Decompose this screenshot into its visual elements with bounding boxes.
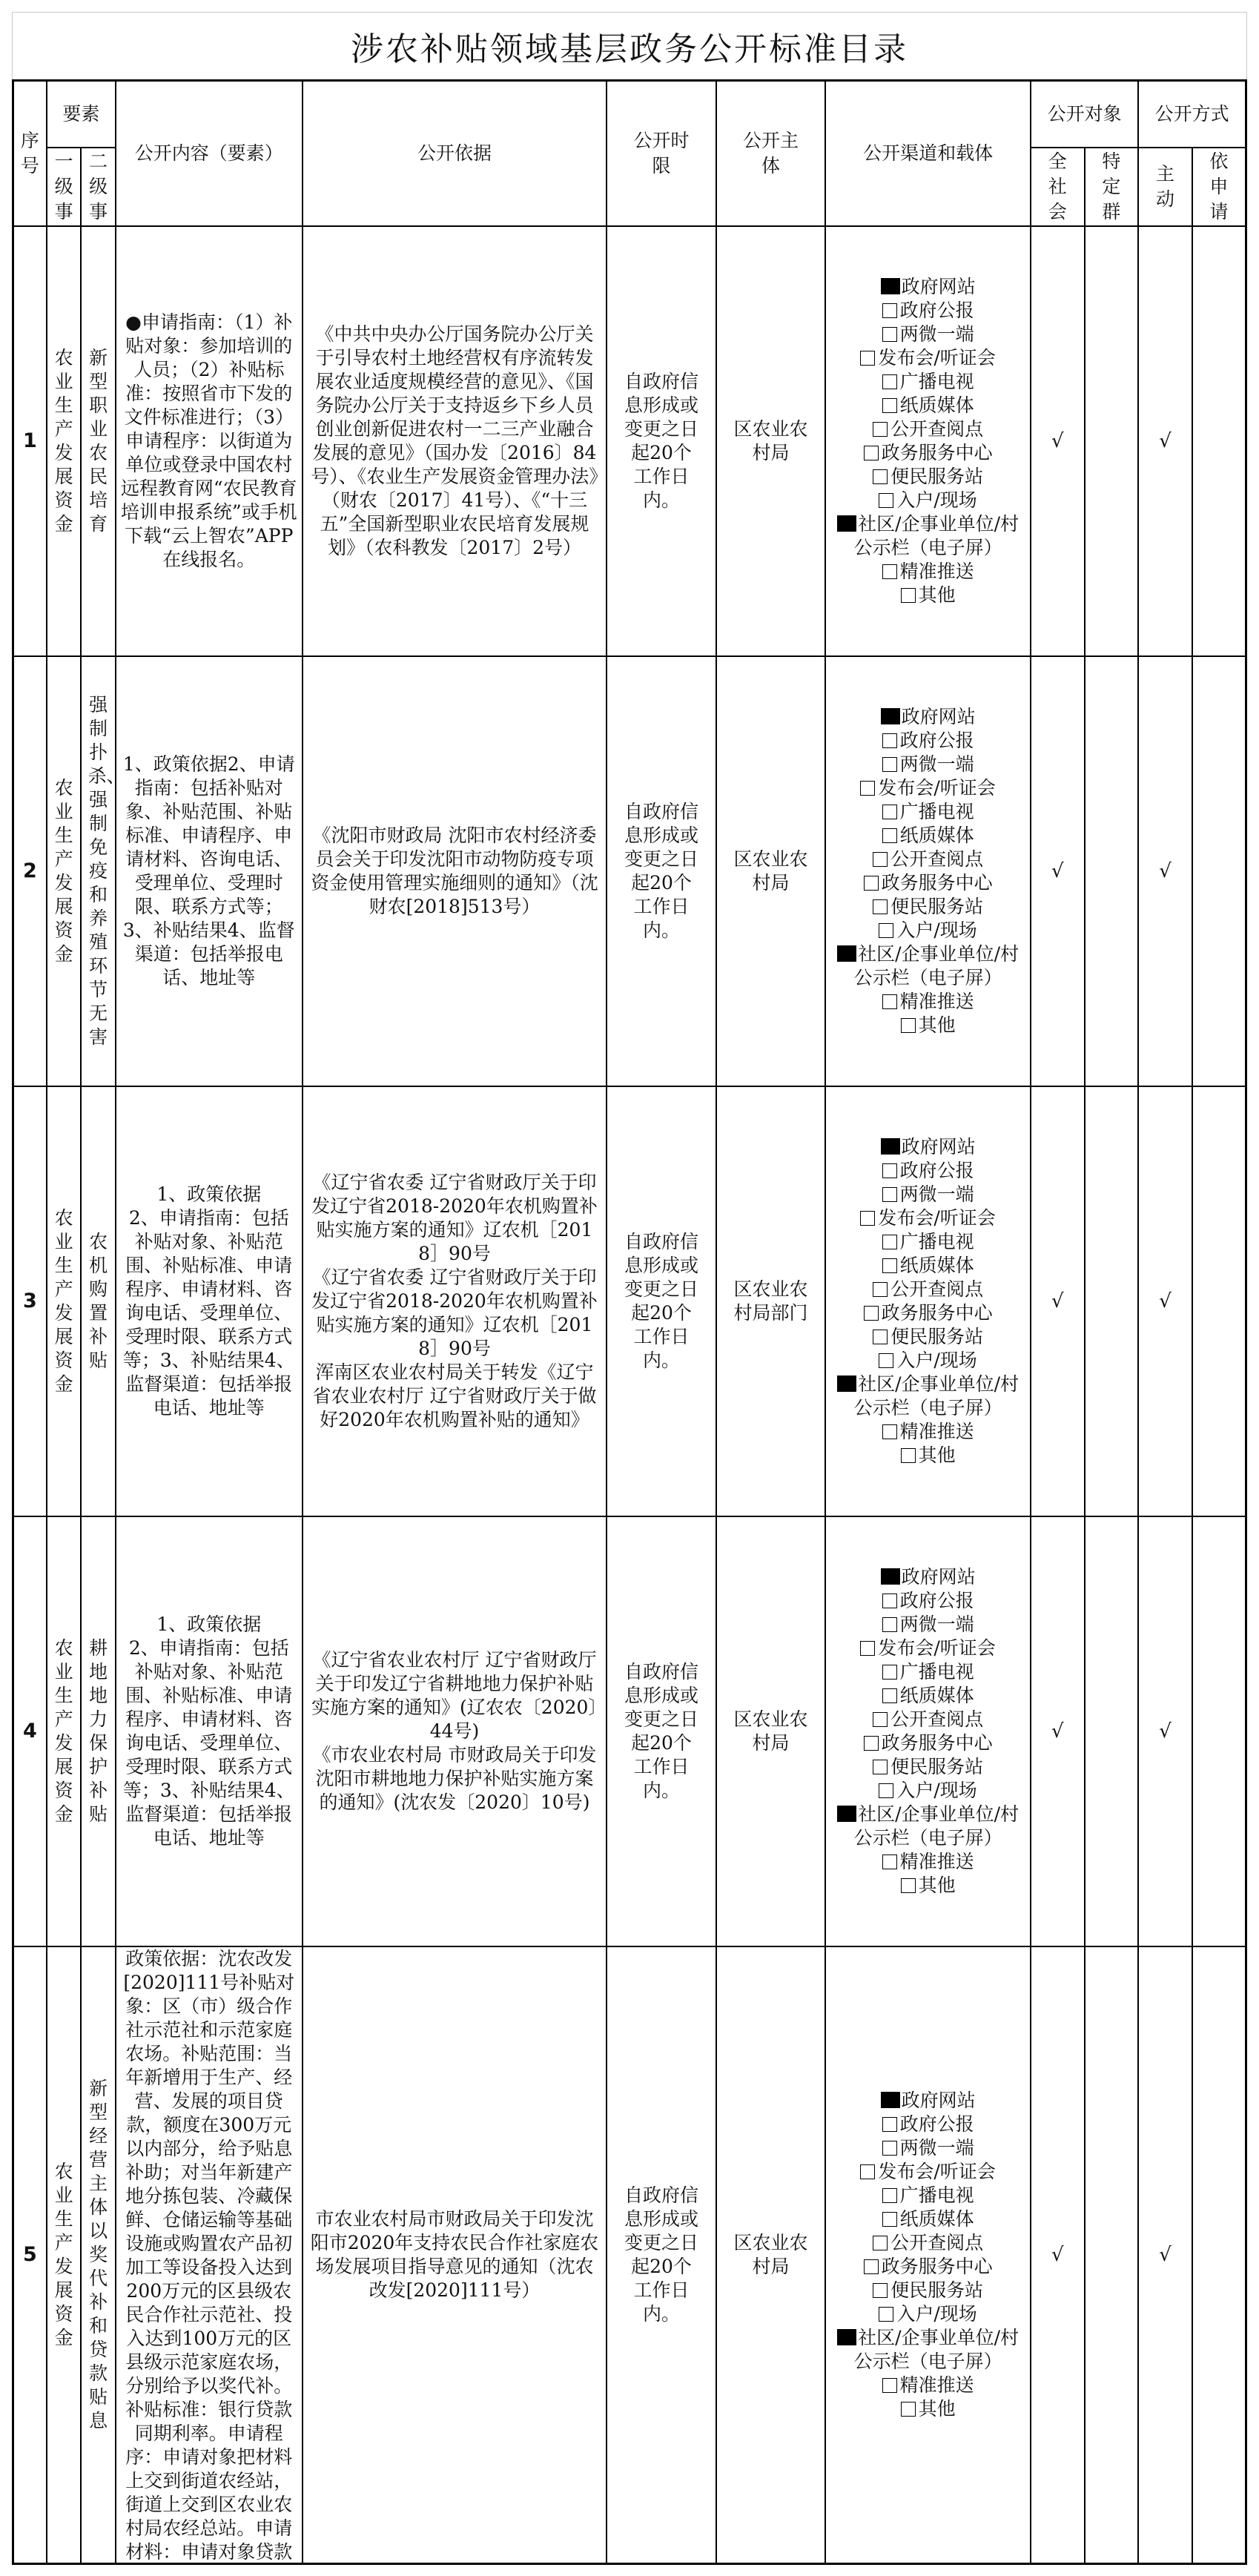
row-target-all: √ bbox=[1031, 1516, 1085, 1946]
row-seq: 1 bbox=[13, 226, 47, 656]
row-method-active: √ bbox=[1138, 226, 1192, 656]
row-channels: 政府网站政府公报两微一端发布会/听证会广播电视纸质媒体公开查阅点政务服务中心便民… bbox=[825, 656, 1031, 1086]
channel-item: 其他 bbox=[832, 2397, 1024, 2421]
channel-item: 纸质媒体 bbox=[832, 824, 1024, 848]
channel-item: 发布会/听证会 bbox=[832, 1637, 1024, 1660]
channel-label: 其他 bbox=[919, 2398, 956, 2420]
channel-item: 政府网站 bbox=[832, 1135, 1024, 1159]
channel-label: 社区/企事业单位/村公示栏（电子屏） bbox=[854, 1373, 1019, 1419]
channel-item: 社区/企事业单位/村公示栏（电子屏） bbox=[832, 512, 1024, 560]
row-subject: 区农业农村局 bbox=[716, 1516, 825, 1946]
unchecked-box-icon bbox=[860, 2164, 875, 2179]
channel-label: 政务服务中心 bbox=[882, 1302, 993, 1324]
channel-item: 发布会/听证会 bbox=[832, 776, 1024, 800]
unchecked-box-icon bbox=[860, 1641, 875, 1656]
header-content: 公开内容（要素） bbox=[116, 81, 303, 227]
unchecked-box-icon bbox=[882, 2212, 897, 2227]
channel-label: 纸质媒体 bbox=[900, 825, 974, 846]
checked-box-icon bbox=[837, 1806, 856, 1822]
row-seq: 3 bbox=[13, 1086, 47, 1516]
checked-box-icon bbox=[837, 1375, 856, 1392]
row-target-all: √ bbox=[1031, 656, 1085, 1086]
channel-label: 两微一端 bbox=[900, 2137, 974, 2159]
row-target-specific bbox=[1085, 1086, 1139, 1516]
channel-item: 入户/现场 bbox=[832, 1349, 1024, 1373]
channel-item: 精准推送 bbox=[832, 1850, 1024, 1874]
unchecked-box-icon bbox=[864, 2259, 879, 2274]
channel-label: 广播电视 bbox=[900, 2184, 974, 2206]
row-target-specific bbox=[1085, 1516, 1139, 1946]
channel-label: 精准推送 bbox=[900, 991, 974, 1012]
row-method-active: √ bbox=[1138, 656, 1192, 1086]
channel-label: 政府网站 bbox=[902, 1566, 976, 1588]
unchecked-box-icon bbox=[873, 2236, 888, 2250]
channel-item: 公开查阅点 bbox=[832, 417, 1024, 441]
row-subject: 区农业农村局 bbox=[716, 656, 825, 1086]
unchecked-box-icon bbox=[873, 422, 888, 437]
channel-item: 广播电视 bbox=[832, 370, 1024, 394]
row-channels: 政府网站政府公报两微一端发布会/听证会广播电视纸质媒体公开查阅点政务服务中心便民… bbox=[825, 226, 1031, 656]
row-subject: 区农业农村局 bbox=[716, 1946, 825, 2564]
row-content: 政策依据：沈农改发[2020]111号补贴对象：区（市）级合作社示范社和示范家庭… bbox=[116, 1946, 303, 2564]
channel-label: 广播电视 bbox=[900, 371, 974, 392]
document-sheet: 涉农补贴领域基层政务公开标准目录 序号 要素 公开内容（要素） 公开依据 公开时… bbox=[12, 12, 1247, 2565]
header-method-request: 依申请 bbox=[1192, 148, 1246, 226]
row-content: 1、政策依据 2、申请指南：包括补贴对象、补贴范围、补贴标准、申请程序、申请材料… bbox=[116, 1086, 303, 1516]
channel-label: 便民服务站 bbox=[890, 466, 983, 487]
unchecked-box-icon bbox=[873, 1760, 888, 1774]
unchecked-box-icon bbox=[882, 1235, 897, 1249]
channel-label: 政务服务中心 bbox=[882, 872, 993, 894]
unchecked-box-icon bbox=[873, 1330, 888, 1344]
unchecked-box-icon bbox=[882, 828, 897, 843]
channel-item: 两微一端 bbox=[832, 753, 1024, 776]
channel-item: 广播电视 bbox=[832, 1230, 1024, 1254]
unchecked-box-icon bbox=[882, 398, 897, 413]
checked-box-icon bbox=[881, 1138, 900, 1155]
unchecked-box-icon bbox=[879, 2307, 893, 2322]
unchecked-box-icon bbox=[882, 327, 897, 342]
unchecked-box-icon bbox=[882, 1594, 897, 1608]
channel-label: 精准推送 bbox=[900, 2374, 974, 2396]
row-target-specific bbox=[1085, 1946, 1139, 2564]
channel-list: 政府网站政府公报两微一端发布会/听证会广播电视纸质媒体公开查阅点政务服务中心便民… bbox=[826, 2089, 1030, 2421]
unchecked-box-icon bbox=[882, 805, 897, 819]
checked-box-icon bbox=[881, 708, 900, 724]
channel-item: 公开查阅点 bbox=[832, 1278, 1024, 1301]
header-target-specific: 特定群 bbox=[1085, 148, 1139, 226]
channel-label: 纸质媒体 bbox=[900, 1685, 974, 1706]
row-content: ●申请指南：（1）补贴对象：参加培训的人员；（2）补贴标准：按照省市下发的文件标… bbox=[116, 226, 303, 656]
channel-label: 政务服务中心 bbox=[882, 2256, 993, 2277]
channel-item: 其他 bbox=[832, 584, 1024, 607]
unchecked-box-icon bbox=[882, 2378, 897, 2393]
unchecked-box-icon bbox=[882, 564, 897, 579]
row-level2: 新型经营主体以奖代补和贷款贴息 bbox=[81, 1946, 116, 2564]
checked-box-icon bbox=[881, 278, 900, 294]
channel-item: 精准推送 bbox=[832, 560, 1024, 584]
row-channels: 政府网站政府公报两微一端发布会/听证会广播电视纸质媒体公开查阅点政务服务中心便民… bbox=[825, 1946, 1031, 2564]
channel-label: 政府公报 bbox=[900, 2113, 974, 2135]
row-target-specific bbox=[1085, 226, 1139, 656]
channel-item: 广播电视 bbox=[832, 1660, 1024, 1684]
channel-item: 两微一端 bbox=[832, 1183, 1024, 1206]
channel-list: 政府网站政府公报两微一端发布会/听证会广播电视纸质媒体公开查阅点政务服务中心便民… bbox=[826, 1565, 1030, 1898]
unchecked-box-icon bbox=[873, 852, 888, 867]
channel-item: 两微一端 bbox=[832, 323, 1024, 346]
channel-item: 社区/企事业单位/村公示栏（电子屏） bbox=[832, 2326, 1024, 2374]
row-time-limit: 自政府信息形成或变更之日起20个工作日内。 bbox=[607, 656, 716, 1086]
channel-label: 其他 bbox=[919, 1875, 956, 1896]
channel-item: 公开查阅点 bbox=[832, 1708, 1024, 1731]
unchecked-box-icon bbox=[882, 2141, 897, 2156]
channel-item: 政务服务中心 bbox=[832, 2255, 1024, 2279]
channel-label: 便民服务站 bbox=[890, 2279, 983, 2301]
channel-label: 公开查阅点 bbox=[890, 1708, 983, 1730]
channel-label: 两微一端 bbox=[900, 753, 974, 775]
unchecked-box-icon bbox=[873, 899, 888, 914]
row-method-active: √ bbox=[1138, 1946, 1192, 2564]
unchecked-box-icon bbox=[901, 1448, 916, 1463]
channel-item: 政务服务中心 bbox=[832, 1301, 1024, 1325]
unchecked-box-icon bbox=[873, 2283, 888, 2298]
row-level2: 强制扑杀、强制免疫和养殖环节无害 bbox=[81, 656, 116, 1086]
unchecked-box-icon bbox=[882, 1855, 897, 1869]
unchecked-box-icon bbox=[882, 2117, 897, 2132]
channel-item: 政府公报 bbox=[832, 729, 1024, 753]
channel-item: 两微一端 bbox=[832, 1613, 1024, 1637]
row-seq: 5 bbox=[13, 1946, 47, 2564]
unchecked-box-icon bbox=[873, 469, 888, 484]
row-seq: 4 bbox=[13, 1516, 47, 1946]
unchecked-box-icon bbox=[882, 1163, 897, 1178]
row-target-all: √ bbox=[1031, 1086, 1085, 1516]
row-method-active: √ bbox=[1138, 1086, 1192, 1516]
channel-list: 政府网站政府公报两微一端发布会/听证会广播电视纸质媒体公开查阅点政务服务中心便民… bbox=[826, 275, 1030, 607]
unchecked-box-icon bbox=[860, 1211, 875, 1226]
channel-label: 公开查阅点 bbox=[890, 2232, 983, 2253]
table-row: 1 农业生产发展资金 新型职业农民培育 ●申请指南：（1）补贴对象：参加培训的人… bbox=[13, 226, 1246, 656]
unchecked-box-icon bbox=[879, 923, 893, 938]
unchecked-box-icon bbox=[882, 757, 897, 772]
checked-box-icon bbox=[837, 515, 856, 532]
channel-item: 政府网站 bbox=[832, 1565, 1024, 1589]
channel-item: 便民服务站 bbox=[832, 465, 1024, 489]
unchecked-box-icon bbox=[864, 446, 879, 460]
unchecked-box-icon bbox=[882, 1688, 897, 1703]
channel-item: 公开查阅点 bbox=[832, 2231, 1024, 2255]
header-basis: 公开依据 bbox=[303, 81, 607, 227]
header-method: 公开方式 bbox=[1138, 81, 1246, 148]
channel-label: 政府公报 bbox=[900, 1160, 974, 1181]
unchecked-box-icon bbox=[882, 1665, 897, 1680]
row-level1: 农业生产发展资金 bbox=[47, 1516, 82, 1946]
channel-label: 发布会/听证会 bbox=[878, 1637, 995, 1659]
row-channels: 政府网站政府公报两微一端发布会/听证会广播电视纸质媒体公开查阅点政务服务中心便民… bbox=[825, 1086, 1031, 1516]
channel-item: 政务服务中心 bbox=[832, 871, 1024, 895]
row-level1: 农业生产发展资金 bbox=[47, 656, 82, 1086]
header-target-all: 全社会 bbox=[1031, 148, 1085, 226]
channel-label: 政府公报 bbox=[900, 300, 974, 321]
channel-label: 入户/现场 bbox=[896, 1350, 977, 1371]
unchecked-box-icon bbox=[860, 351, 875, 366]
channel-item: 入户/现场 bbox=[832, 489, 1024, 512]
checked-box-icon bbox=[881, 2092, 900, 2108]
channel-label: 其他 bbox=[919, 1014, 956, 1036]
row-content: 1、政策依据 2、申请指南：包括补贴对象、补贴范围、补贴标准、申请程序、申请材料… bbox=[116, 1516, 303, 1946]
channel-label: 入户/现场 bbox=[896, 489, 977, 511]
channel-item: 精准推送 bbox=[832, 2374, 1024, 2397]
checked-box-icon bbox=[837, 2329, 856, 2345]
catalog-table: 序号 要素 公开内容（要素） 公开依据 公开时限 公开主体 公开渠道和载体 公开… bbox=[12, 79, 1247, 2565]
row-time-limit: 自政府信息形成或变更之日起20个工作日内。 bbox=[607, 226, 716, 656]
channel-item: 广播电视 bbox=[832, 2184, 1024, 2207]
channel-label: 政务服务中心 bbox=[882, 442, 993, 463]
unchecked-box-icon bbox=[879, 1353, 893, 1368]
channel-label: 公开查阅点 bbox=[890, 848, 983, 870]
channel-label: 政府公报 bbox=[900, 1590, 974, 1611]
row-seq: 2 bbox=[13, 656, 47, 1086]
channel-label: 两微一端 bbox=[900, 323, 974, 345]
channel-label: 广播电视 bbox=[900, 1231, 974, 1252]
row-level2: 农机购置补贴 bbox=[81, 1086, 116, 1516]
title-bar: 涉农补贴领域基层政务公开标准目录 bbox=[12, 12, 1247, 79]
channel-item: 入户/现场 bbox=[832, 1779, 1024, 1803]
channel-label: 纸质媒体 bbox=[900, 394, 974, 416]
unchecked-box-icon bbox=[882, 374, 897, 389]
channel-item: 社区/企事业单位/村公示栏（电子屏） bbox=[832, 1373, 1024, 1420]
header-level2: 二级事 bbox=[81, 148, 116, 226]
checked-box-icon bbox=[837, 945, 856, 962]
unchecked-box-icon bbox=[864, 1306, 879, 1321]
row-time-limit: 自政府信息形成或变更之日起20个工作日内。 bbox=[607, 1086, 716, 1516]
row-target-all: √ bbox=[1031, 226, 1085, 656]
row-subject: 区农业农村局 bbox=[716, 226, 825, 656]
channel-item: 精准推送 bbox=[832, 990, 1024, 1014]
row-target-all: √ bbox=[1031, 1946, 1085, 2564]
channel-label: 便民服务站 bbox=[890, 1326, 983, 1347]
channel-label: 两微一端 bbox=[900, 1614, 974, 1635]
channel-item: 政务服务中心 bbox=[832, 1731, 1024, 1755]
channel-item: 社区/企事业单位/村公示栏（电子屏） bbox=[832, 942, 1024, 990]
channel-label: 纸质媒体 bbox=[900, 1255, 974, 1276]
channel-item: 政府网站 bbox=[832, 705, 1024, 729]
channel-item: 政府公报 bbox=[832, 1159, 1024, 1183]
channel-label: 精准推送 bbox=[900, 1851, 974, 1872]
unchecked-box-icon bbox=[864, 1736, 879, 1751]
channel-label: 发布会/听证会 bbox=[878, 1207, 995, 1229]
header-target: 公开对象 bbox=[1031, 81, 1138, 148]
channel-item: 政府公报 bbox=[832, 299, 1024, 323]
row-level2: 耕地地力保护补贴 bbox=[81, 1516, 116, 1946]
header-method-active: 主动 bbox=[1138, 148, 1192, 226]
channel-item: 公开查阅点 bbox=[832, 848, 1024, 871]
channel-label: 社区/企事业单位/村公示栏（电子屏） bbox=[854, 513, 1019, 558]
channel-item: 纸质媒体 bbox=[832, 2207, 1024, 2231]
unchecked-box-icon bbox=[873, 1712, 888, 1727]
channel-item: 政府网站 bbox=[832, 275, 1024, 299]
header-time-limit: 公开时限 bbox=[607, 81, 716, 227]
row-basis: 《辽宁省农委 辽宁省财政厅关于印发辽宁省2018-2020年农机购置补贴实施方案… bbox=[303, 1086, 607, 1516]
channel-item: 便民服务站 bbox=[832, 1755, 1024, 1779]
channel-label: 社区/企事业单位/村公示栏（电子屏） bbox=[854, 1803, 1019, 1849]
channel-label: 政府网站 bbox=[902, 706, 976, 727]
row-method-request bbox=[1192, 656, 1246, 1086]
checked-box-icon bbox=[881, 1568, 900, 1585]
channel-label: 其他 bbox=[919, 1444, 956, 1466]
table-row: 4 农业生产发展资金 耕地地力保护补贴 1、政策依据 2、申请指南：包括补贴对象… bbox=[13, 1516, 1246, 1946]
channel-label: 政府网站 bbox=[902, 276, 976, 297]
channel-label: 纸质媒体 bbox=[900, 2208, 974, 2230]
channel-item: 政府网站 bbox=[832, 2089, 1024, 2113]
row-level1: 农业生产发展资金 bbox=[47, 1086, 82, 1516]
channel-item: 政府公报 bbox=[832, 2113, 1024, 2136]
unchecked-box-icon bbox=[901, 1878, 916, 1893]
channel-item: 政务服务中心 bbox=[832, 441, 1024, 465]
row-content: 1、政策依据2、申请指南：包括补贴对象、补贴范围、补贴标准、申请程序、申请材料、… bbox=[116, 656, 303, 1086]
channel-item: 精准推送 bbox=[832, 1420, 1024, 1444]
unchecked-box-icon bbox=[901, 2402, 916, 2417]
channel-label: 社区/企事业单位/村公示栏（电子屏） bbox=[854, 943, 1019, 988]
channel-label: 其他 bbox=[919, 584, 956, 606]
header-subject: 公开主体 bbox=[716, 81, 825, 227]
row-method-request bbox=[1192, 1516, 1246, 1946]
row-method-request bbox=[1192, 1086, 1246, 1516]
channel-item: 便民服务站 bbox=[832, 895, 1024, 919]
row-basis: 《辽宁省农业农村厅 辽宁省财政厅关于印发辽宁省耕地地力保护补贴实施方案的通知》(… bbox=[303, 1516, 607, 1946]
channel-item: 广播电视 bbox=[832, 800, 1024, 824]
header-seq: 序号 bbox=[13, 81, 47, 227]
row-basis: 《中共中央办公厅国务院办公厅关于引导农村土地经营权有序流转发展农业适度规模经营的… bbox=[303, 226, 607, 656]
channel-item: 其他 bbox=[832, 1444, 1024, 1467]
row-method-request bbox=[1192, 1946, 1246, 2564]
row-level1: 农业生产发展资金 bbox=[47, 1946, 82, 2564]
header-channel: 公开渠道和载体 bbox=[825, 81, 1031, 227]
table-row: 2 农业生产发展资金 强制扑杀、强制免疫和养殖环节无害 1、政策依据2、申请指南… bbox=[13, 656, 1246, 1086]
channel-label: 广播电视 bbox=[900, 1661, 974, 1682]
channel-item: 发布会/听证会 bbox=[832, 346, 1024, 370]
row-basis: 《沈阳市财政局 沈阳市农村经济委员会关于印发沈阳市动物防疫专项资金使用管理实施细… bbox=[303, 656, 607, 1086]
channel-item: 便民服务站 bbox=[832, 1325, 1024, 1349]
channel-label: 精准推送 bbox=[900, 1421, 974, 1442]
row-level1: 农业生产发展资金 bbox=[47, 226, 82, 656]
row-method-request bbox=[1192, 226, 1246, 656]
channel-label: 广播电视 bbox=[900, 801, 974, 822]
unchecked-box-icon bbox=[882, 733, 897, 748]
unchecked-box-icon bbox=[901, 588, 916, 603]
unchecked-box-icon bbox=[882, 1424, 897, 1439]
channel-item: 纸质媒体 bbox=[832, 1254, 1024, 1278]
channel-item: 纸质媒体 bbox=[832, 1684, 1024, 1708]
channel-label: 精准推送 bbox=[900, 561, 974, 582]
channel-label: 政府网站 bbox=[902, 2090, 976, 2111]
unchecked-box-icon bbox=[873, 1282, 888, 1297]
channel-list: 政府网站政府公报两微一端发布会/听证会广播电视纸质媒体公开查阅点政务服务中心便民… bbox=[826, 1135, 1030, 1467]
channel-label: 公开查阅点 bbox=[890, 418, 983, 440]
unchecked-box-icon bbox=[879, 1783, 893, 1798]
row-time-limit: 自政府信息形成或变更之日起20个工作日内。 bbox=[607, 1946, 716, 2564]
row-target-specific bbox=[1085, 656, 1139, 1086]
unchecked-box-icon bbox=[882, 1258, 897, 1273]
unchecked-box-icon bbox=[882, 2188, 897, 2203]
unchecked-box-icon bbox=[882, 994, 897, 1009]
channel-label: 入户/现场 bbox=[896, 919, 977, 941]
channel-item: 其他 bbox=[832, 1874, 1024, 1898]
row-basis: 市农业农村局市财政局关于印发沈阳市2020年支持农民合作社家庭农场发展项目指导意… bbox=[303, 1946, 607, 2564]
channel-label: 入户/现场 bbox=[896, 1780, 977, 1801]
channel-label: 发布会/听证会 bbox=[878, 347, 995, 369]
page-title: 涉农补贴领域基层政务公开标准目录 bbox=[351, 22, 908, 70]
table-row: 5 农业生产发展资金 新型经营主体以奖代补和贷款贴息 政策依据：沈农改发[202… bbox=[13, 1946, 1246, 2564]
unchecked-box-icon bbox=[879, 493, 893, 508]
row-subject: 区农业农村局部门 bbox=[716, 1086, 825, 1516]
header-elements: 要素 bbox=[47, 81, 116, 148]
channel-item: 其他 bbox=[832, 1014, 1024, 1037]
table-body: 1 农业生产发展资金 新型职业农民培育 ●申请指南：（1）补贴对象：参加培训的人… bbox=[13, 226, 1246, 2564]
header-level1: 一级事 bbox=[47, 148, 82, 226]
channel-label: 政务服务中心 bbox=[882, 1732, 993, 1754]
row-method-active: √ bbox=[1138, 1516, 1192, 1946]
channel-label: 公开查阅点 bbox=[890, 1278, 983, 1300]
channel-item: 政府公报 bbox=[832, 1589, 1024, 1613]
channel-item: 入户/现场 bbox=[832, 919, 1024, 942]
row-channels: 政府网站政府公报两微一端发布会/听证会广播电视纸质媒体公开查阅点政务服务中心便民… bbox=[825, 1516, 1031, 1946]
channel-list: 政府网站政府公报两微一端发布会/听证会广播电视纸质媒体公开查阅点政务服务中心便民… bbox=[826, 705, 1030, 1037]
header-row-1: 序号 要素 公开内容（要素） 公开依据 公开时限 公开主体 公开渠道和载体 公开… bbox=[13, 81, 1246, 148]
channel-label: 入户/现场 bbox=[896, 2303, 977, 2325]
channel-label: 社区/企事业单位/村公示栏（电子屏） bbox=[854, 2327, 1019, 2372]
row-level2: 新型职业农民培育 bbox=[81, 226, 116, 656]
channel-label: 政府公报 bbox=[900, 730, 974, 751]
channel-item: 发布会/听证会 bbox=[832, 2160, 1024, 2184]
unchecked-box-icon bbox=[882, 303, 897, 318]
channel-item: 发布会/听证会 bbox=[832, 1206, 1024, 1230]
channel-item: 纸质媒体 bbox=[832, 394, 1024, 417]
channel-label: 便民服务站 bbox=[890, 896, 983, 917]
unchecked-box-icon bbox=[860, 781, 875, 796]
channel-label: 便民服务站 bbox=[890, 1756, 983, 1777]
channel-item: 入户/现场 bbox=[832, 2302, 1024, 2326]
unchecked-box-icon bbox=[901, 1018, 916, 1033]
channel-item: 两微一端 bbox=[832, 2136, 1024, 2160]
unchecked-box-icon bbox=[882, 1617, 897, 1632]
channel-item: 便民服务站 bbox=[832, 2279, 1024, 2302]
channel-label: 发布会/听证会 bbox=[878, 777, 995, 799]
channel-label: 两微一端 bbox=[900, 1183, 974, 1205]
channel-label: 政府网站 bbox=[902, 1136, 976, 1157]
unchecked-box-icon bbox=[864, 876, 879, 891]
table-row: 3 农业生产发展资金 农机购置补贴 1、政策依据 2、申请指南：包括补贴对象、补… bbox=[13, 1086, 1246, 1516]
channel-item: 社区/企事业单位/村公示栏（电子屏） bbox=[832, 1803, 1024, 1850]
row-time-limit: 自政府信息形成或变更之日起20个工作日内。 bbox=[607, 1516, 716, 1946]
channel-label: 发布会/听证会 bbox=[878, 2161, 995, 2182]
unchecked-box-icon bbox=[882, 1187, 897, 1202]
